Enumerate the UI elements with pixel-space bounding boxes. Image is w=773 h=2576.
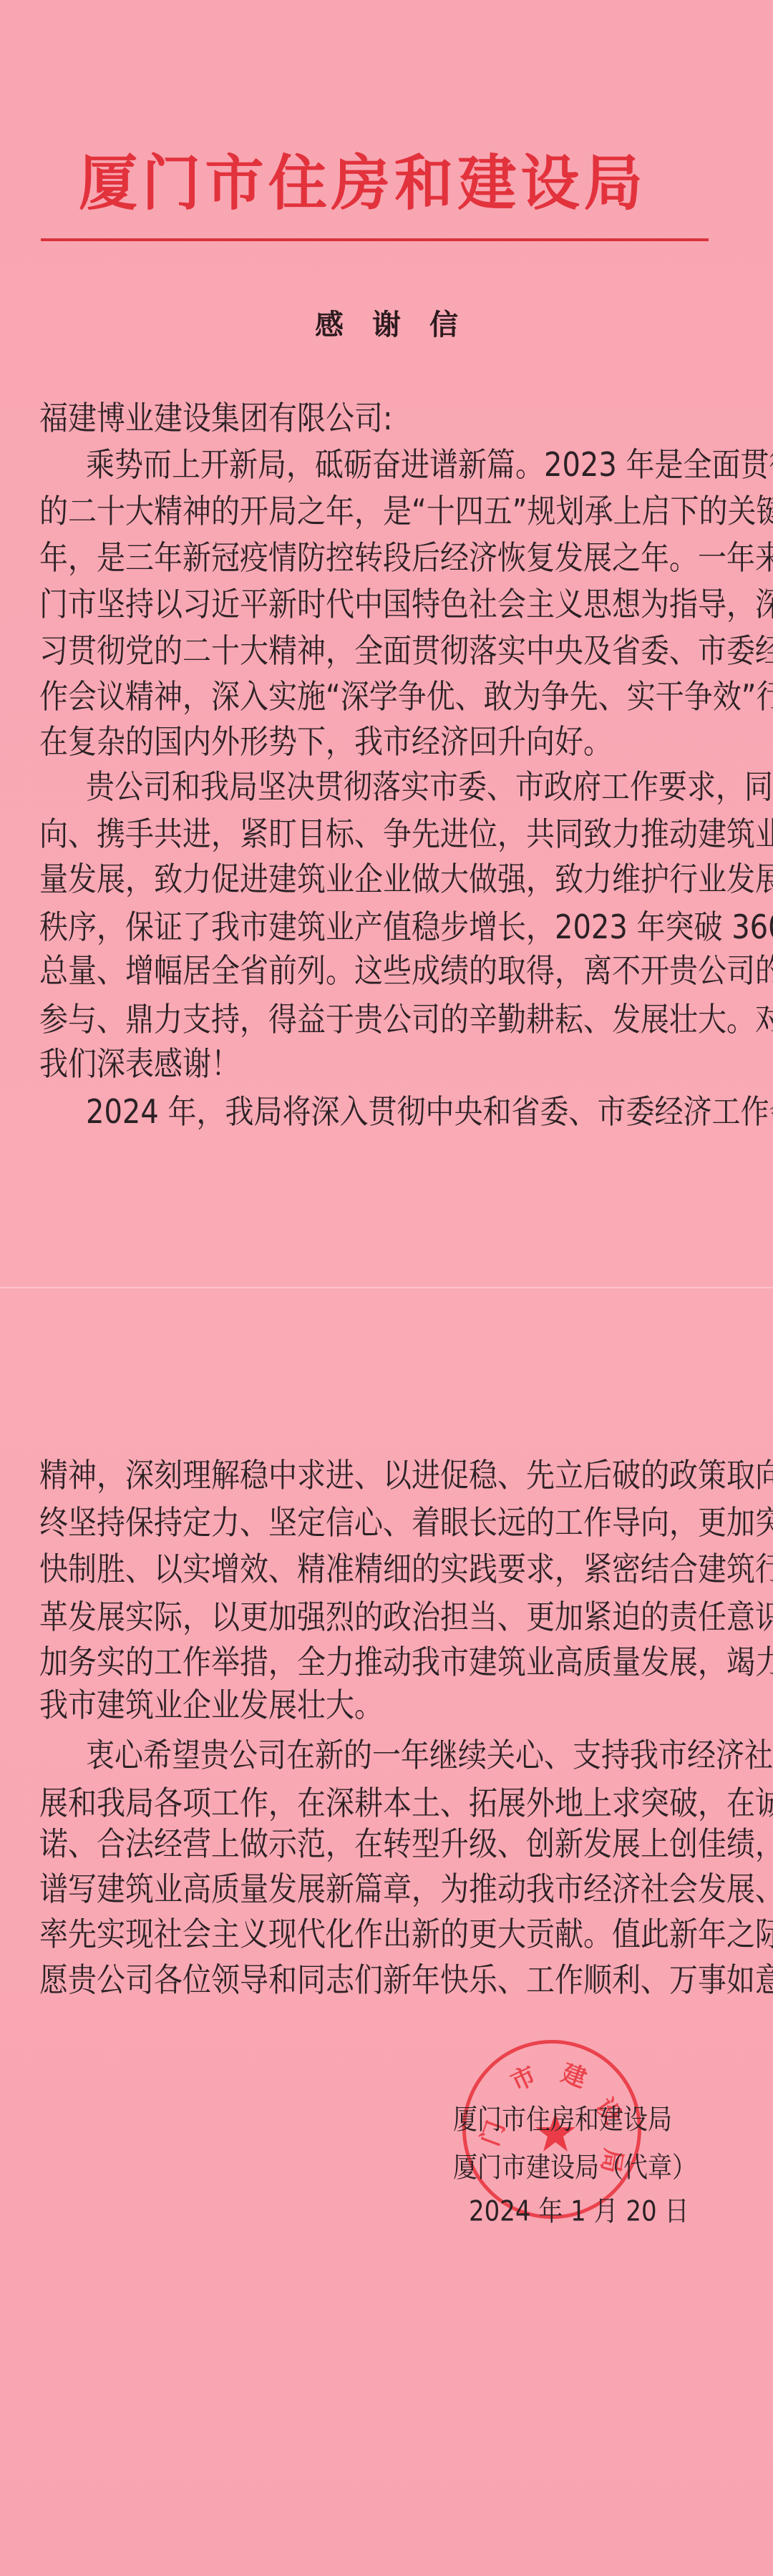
body-line: 贵公司和我局坚决贯彻落实市委、市政府工作要求，同心同 bbox=[86, 764, 759, 810]
seal-char: 建 bbox=[558, 2053, 593, 2095]
body-line: 衷心希望贵公司在新的一年继续关心、支持我市经济社会发 bbox=[86, 1733, 759, 1779]
body-line: 革发展实际，以更加强烈的政治担当、更加紧迫的责任意识、更 bbox=[39, 1595, 712, 1641]
body-line: 向、携手共进，紧盯目标、争先进位，共同致力推动建筑业高质 bbox=[39, 812, 712, 857]
body-line: 快制胜、以实增效、精准精细的实践要求，紧密结合建筑行业改 bbox=[39, 1547, 712, 1593]
body-line: 习贯彻党的二十大精神，全面贯彻落实中央及省委、市委经济工 bbox=[39, 628, 712, 674]
body-line: 年，是三年新冠疫情防控转段后经济恢复发展之年。一年来，厦 bbox=[39, 535, 712, 581]
page-seam bbox=[0, 1287, 773, 1288]
body-line: 我市建筑业企业发展壮大。 bbox=[39, 1683, 712, 1729]
body-line: 的二十大精神的开局之年，是“十四五”规划承上启下的关键之 bbox=[39, 489, 712, 535]
letter-heading: 感谢信 bbox=[0, 308, 773, 342]
body-line: 率先实现社会主义现代化作出新的更大贡献。值此新年之际，祝 bbox=[39, 1912, 712, 1958]
body-line: 加务实的工作举措，全力推动我市建筑业高质量发展，竭力帮助 bbox=[39, 1640, 712, 1686]
body-line: 展和我局各项工作，在深耕本土、拓展外地上求突破，在诚信重 bbox=[39, 1781, 712, 1827]
body-line: 参与、鼎力支持，得益于贵公司的辛勤耕耘、发展壮大。对此， bbox=[39, 997, 712, 1043]
signature-org-2: 厦门市建设局（代章） bbox=[453, 2150, 696, 2187]
signature-date: 2024 年 1 月 20 日 bbox=[469, 2194, 689, 2230]
body-line: 终坚持保持定力、坚定信心、着眼长远的工作导向，更加突出以 bbox=[39, 1500, 712, 1546]
body-line: 愿贵公司各位领导和同志们新年快乐、工作顺利、万事如意！ bbox=[39, 1958, 712, 2003]
body-line: 我们深表感谢！ bbox=[39, 1041, 712, 1087]
letterhead-title: 厦门市住房和建设局 bbox=[79, 149, 661, 218]
body-line: 乘势而上开新局，砥砺奋进谱新篇。2023 年是全面贯彻党 bbox=[86, 442, 759, 488]
body-line: 2024 年，我局将深入贯彻中央和省委、市委经济工作会议 bbox=[86, 1089, 759, 1135]
body-line: 谱写建筑业高质量发展新篇章，为推动我市经济社会发展、努力 bbox=[39, 1867, 712, 1912]
salutation: 福建博业建设集团有限公司: bbox=[39, 396, 712, 442]
body-line: 在复杂的国内外形势下，我市经济回升向好。 bbox=[39, 719, 712, 765]
body-line: 作会议精神，深入实施“深学争优、敢为争先、实干争效”行动， bbox=[39, 674, 712, 720]
body-line: 精神，深刻理解稳中求进、以进促稳、先立后破的政策取向，始 bbox=[39, 1453, 712, 1499]
letterhead-divider bbox=[41, 238, 709, 241]
body-line: 总量、增幅居全省前列。这些成绩的取得，离不开贵公司的积极 bbox=[39, 948, 712, 994]
signature-org-1: 厦门市住房和建设局 bbox=[453, 2102, 672, 2139]
body-line: 秩序，保证了我市建筑业产值稳步增长，2023 年突破 3600 亿元， bbox=[39, 905, 712, 951]
seal-char: 市 bbox=[504, 2056, 541, 2098]
body-line: 量发展，致力促进建筑业企业做大做强，致力维护行业发展良好 bbox=[39, 857, 712, 903]
body-line: 门市坚持以习近平新时代中国特色社会主义思想为指导，深入学 bbox=[39, 582, 712, 628]
body-line: 诺、合法经营上做示范，在转型升级、创新发展上创佳绩，共同 bbox=[39, 1822, 712, 1867]
